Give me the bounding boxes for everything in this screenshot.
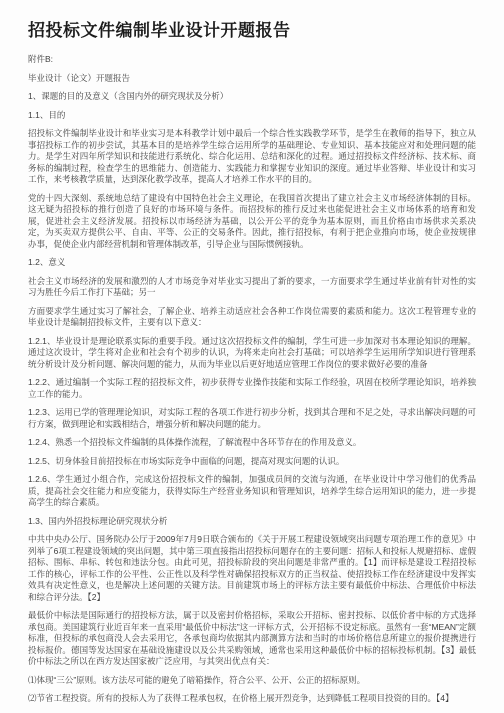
paragraph-1-2-6: 1.2.6、学生通过小组合作，完成这份招投标文件的编制，加强成员间的交流与沟通，… [28, 474, 476, 509]
paragraph-research-status-1: 中共中央办公厅、国务院办公厅于2009年7月9日联合颁布的《关于开展工程建设领域… [28, 534, 476, 603]
paragraph-advantage-1: ⑴体现“三公”原则。该方法尽可能的避免了暗箱操作，符合公平、公开、公正的招标原则… [28, 675, 476, 687]
heading-section-1-3: 1.3、国内外招投标理论研究现状分析 [28, 516, 476, 528]
document-title: 招投标文件编制毕业设计开题报告 [28, 20, 476, 41]
paragraph-1-2-2: 1.2.2、通过编制一个实际工程的招投标文件，初步获得专业操作技能和实际工作经验… [28, 377, 476, 400]
paragraph-research-status-2: 最低价中标法是国际通行的招投标方法，属于以及密封价格招标，采取公开招标、密封投标… [28, 610, 476, 668]
document-page: 招投标文件编制毕业设计开题报告 附件B: 毕业设计（论文）开题报告 1、课题的目… [0, 0, 504, 705]
paragraph-1-2-4: 1.2.4、熟悉一个招投标文件编制的具体操作流程，了解流程中各环节存在的作用及意… [28, 437, 476, 449]
heading-section-1-2: 1.2、意义 [28, 257, 476, 269]
attachment-label: 附件B: [28, 54, 476, 66]
paragraph-significance-1: 社会主义市场经济的发展和激烈的人才市场竞争对毕业实习提出了新的要求，一方面要求学… [28, 276, 476, 299]
paragraph-advantage-2: ⑵节省工程投资。所有的投标人为了获得工程承包权，在价格上展开烈竞争，达到降低工程… [28, 693, 476, 705]
paragraph-purpose-1: 招投标文件编制毕业设计和毕业实习是本科教学计划中最后一个综合性实践教学环节，是学… [28, 128, 476, 186]
heading-section-1-1: 1.1、目的 [28, 110, 476, 122]
paragraph-1-2-3: 1.2.3、运用已学的管理理论知识，对实际工程的各项工作进行初步分析，找到其合理… [28, 407, 476, 430]
report-subtitle: 毕业设计（论文）开题报告 [28, 73, 476, 85]
heading-section-1: 1、课题的目的及意义（含国内外的研究现状及分析） [28, 91, 476, 103]
paragraph-purpose-2: 党的十四大深刻、系统地总结了建设有中国特色社会主义理论，在我国首次提出了建立社会… [28, 193, 476, 251]
paragraph-1-2-5: 1.2.5、切身体验目前招投标在市场实际竞争中面临的问题，提高对现实问题的认识。 [28, 456, 476, 468]
paragraph-1-2-1: 1.2.1、毕业设计是理论联系实际的重要手段。通过这次招投标文件的编制，学生可进… [28, 336, 476, 371]
paragraph-significance-2: 方面要求学生通过实习了解社会，了解企业、培养主动适应社会各种工作岗位需要的素质和… [28, 306, 476, 329]
